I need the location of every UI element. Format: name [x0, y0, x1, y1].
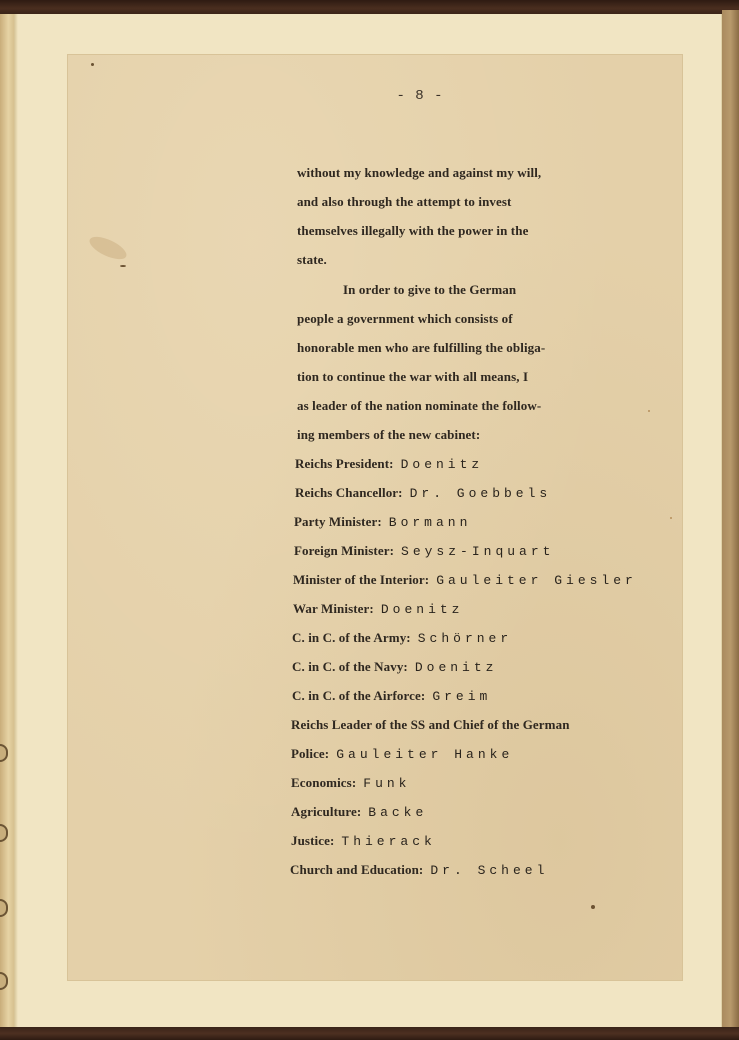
- cabinet-office: Foreign Minister:: [294, 543, 394, 558]
- cabinet-office: C. in C. of the Army:: [292, 630, 411, 645]
- cabinet-entry: Foreign Minister:Seysz-Inquart: [294, 543, 554, 559]
- text-line: state.: [297, 252, 327, 268]
- paper-speck: [670, 517, 672, 519]
- cabinet-entry: Economics:Funk: [291, 775, 411, 791]
- cabinet-member: Dr. Goebbels: [410, 486, 552, 501]
- binder-ring-icon: [0, 899, 8, 917]
- cabinet-office: Minister of the Interior:: [293, 572, 429, 587]
- cabinet-member: Greim: [432, 689, 491, 704]
- cabinet-office: Reichs Chancellor:: [295, 485, 403, 500]
- cabinet-office: Reichs President:: [295, 456, 394, 471]
- cabinet-entry: Agriculture:Backe: [291, 804, 427, 820]
- paper-speck: [648, 410, 650, 412]
- binder-ring-icon: [0, 744, 8, 762]
- cabinet-member: Gauleiter Hanke: [336, 747, 513, 762]
- paper-speck: [591, 905, 595, 909]
- cabinet-entry: C. in C. of the Navy:Doenitz: [292, 659, 497, 675]
- text-line: without my knowledge and against my will…: [297, 165, 541, 181]
- cabinet-member: Doenitz: [401, 457, 484, 472]
- cabinet-member: Funk: [363, 776, 410, 791]
- cabinet-entry: Party Minister:Bormann: [294, 514, 471, 530]
- cabinet-member: Doenitz: [381, 602, 464, 617]
- cabinet-office: Church and Education:: [290, 862, 423, 877]
- cabinet-member: Gauleiter Giesler: [436, 573, 637, 588]
- cabinet-entry: Minister of the Interior:Gauleiter Giesl…: [293, 572, 637, 588]
- binder-ring-icon: [0, 972, 8, 990]
- cabinet-entry: Church and Education:Dr. Scheel: [290, 862, 548, 878]
- paper-speck: [120, 265, 126, 267]
- text-line: tion to continue the war with all means,…: [297, 369, 528, 385]
- cabinet-member: Schörner: [418, 631, 512, 646]
- text-line: ing members of the new cabinet:: [297, 427, 480, 443]
- cabinet-office: Police:: [291, 746, 329, 761]
- cabinet-entry: C. in C. of the Army:Schörner: [292, 630, 512, 646]
- cabinet-office: Agriculture:: [291, 804, 361, 819]
- cabinet-entry: War Minister:Doenitz: [293, 601, 463, 617]
- paper-speck: [91, 63, 94, 66]
- cabinet-entry: C. in C. of the Airforce:Greim: [292, 688, 491, 704]
- page-number: - 8 -: [390, 88, 450, 104]
- cabinet-office: War Minister:: [293, 601, 374, 616]
- text-line: and also through the attempt to invest: [297, 194, 511, 210]
- cabinet-member: Bormann: [389, 515, 472, 530]
- text-line: honorable men who are fulfilling the obl…: [297, 340, 545, 356]
- binder-frame-bottom: [0, 1027, 739, 1040]
- cabinet-office: Justice:: [291, 833, 334, 848]
- cabinet-entry: Reichs Leader of the SS and Chief of the…: [291, 717, 577, 733]
- cabinet-office: C. in C. of the Airforce:: [292, 688, 425, 703]
- text-line: people a government which consists of: [297, 311, 513, 327]
- paper-stain: [86, 232, 129, 263]
- cabinet-entry: Reichs President:Doenitz: [295, 456, 483, 472]
- cabinet-office: Economics:: [291, 775, 356, 790]
- cabinet-entry: Police:Gauleiter Hanke: [291, 746, 513, 762]
- cabinet-entry: Reichs Chancellor:Dr. Goebbels: [295, 485, 551, 501]
- binder-ring-icon: [0, 824, 8, 842]
- mount-page-edge: [14, 14, 18, 1027]
- binder-cover-edge: [722, 10, 739, 1030]
- cabinet-member: Doenitz: [415, 660, 498, 675]
- text-line: as leader of the nation nominate the fol…: [297, 398, 541, 414]
- cabinet-member: Seysz-Inquart: [401, 544, 554, 559]
- cabinet-office: C. in C. of the Navy:: [292, 659, 408, 674]
- cabinet-member: Backe: [368, 805, 427, 820]
- binder-spine: [0, 14, 14, 1028]
- text-line-indented: In order to give to the German: [343, 282, 516, 298]
- cabinet-member: Thierack: [341, 834, 435, 849]
- cabinet-entry: Justice:Thierack: [291, 833, 436, 849]
- cabinet-member: Dr. Scheel: [430, 863, 548, 878]
- cabinet-office: Reichs Leader of the SS and Chief of the…: [291, 717, 570, 732]
- cabinet-office: Party Minister:: [294, 514, 382, 529]
- text-line: themselves illegally with the power in t…: [297, 223, 528, 239]
- binder-frame-top: [0, 0, 739, 14]
